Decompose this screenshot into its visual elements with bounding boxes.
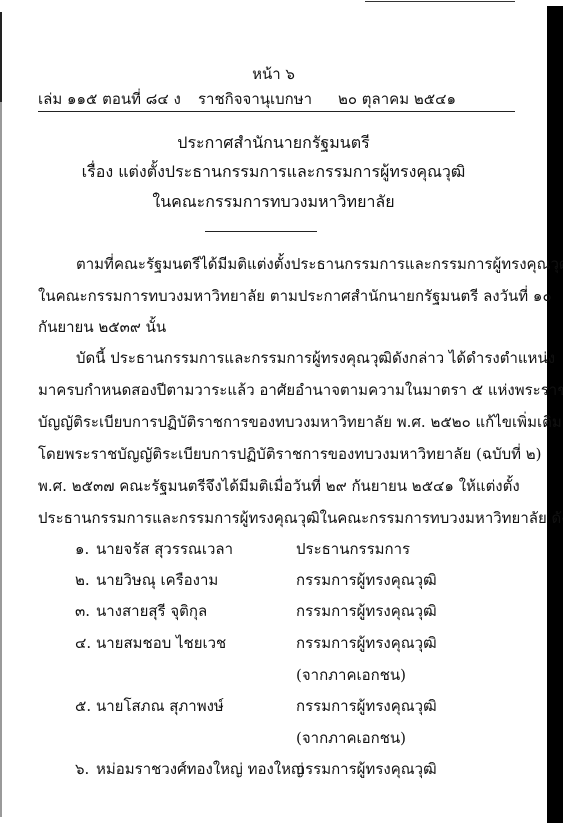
header-rule — [38, 111, 515, 112]
paragraph-line: โดยพระราชบัญญัติระเบียบการปฏิบัติราชการข… — [38, 442, 515, 466]
title-separator — [205, 231, 317, 232]
item-number: ๓. — [75, 599, 90, 623]
paragraph-line: บัดนี้ ประธานกรรมการและกรรมการผู้ทรงคุณว… — [76, 346, 553, 370]
appointee-name: นายวิษณุ เครืองาม — [96, 568, 218, 592]
appointee-name: หม่อมราชวงศ์ทองใหญ่ ทองใหญ่ — [96, 757, 304, 781]
scan-top-line — [365, 1, 515, 2]
announcement-subject-cont: ในคณะกรรมการทบวงมหาวิทยาลัย — [0, 190, 547, 215]
scan-left-edge-dark — [0, 12, 2, 102]
appointee-role: กรรมการผู้ทรงคุณวุฒิ — [296, 694, 437, 718]
appointee-role: กรรมการผู้ทรงคุณวุฒิ — [296, 631, 437, 655]
appointee-role: กรรมการผู้ทรงคุณวุฒิ — [296, 568, 437, 592]
paragraph-line: กันยายน ๒๕๓๙ นั้น — [38, 315, 515, 339]
item-number: ๖. — [75, 757, 89, 781]
appointee-name: นางสายสุรี จุติกุล — [96, 599, 207, 623]
paragraph-line: มาครบกำหนดสองปีตามวาระแล้ว อาศัยอำนาจตาม… — [38, 378, 515, 402]
item-number: ๕. — [75, 694, 91, 718]
appointee-name: นายโสภณ สุภาพงษ์ — [96, 694, 224, 718]
item-number: ๔. — [75, 631, 91, 655]
appointee-name: นายจรัส สุวรรณเวลา — [96, 537, 233, 561]
announcement-subject: เรื่อง แต่งตั้งประธานกรรมการและกรรมการผู… — [0, 160, 547, 185]
appointee-role: ประธานกรรมการ — [296, 537, 410, 561]
paragraph-line: ในคณะกรรมการทบวงมหาวิทยาลัย ตามประกาศสำน… — [38, 284, 515, 308]
appointee-name: นายสมชอบ ไชยเวช — [96, 631, 226, 655]
item-number: ๑. — [75, 537, 89, 561]
paragraph-line: พ.ศ. ๒๕๓๗ คณะรัฐมนตรีจึงได้มีมติเมื่อวัน… — [38, 474, 515, 498]
appointee-note: (จากภาคเอกชน) — [296, 663, 406, 687]
header-date: ๒๐ ตุลาคม ๒๕๔๑ — [338, 87, 456, 111]
page-number: หน้า ๖ — [0, 62, 547, 86]
appointee-note: (จากภาคเอกชน) — [296, 726, 406, 750]
paragraph-line: บัญญัติระเบียบการปฏิบัติราชการของทบวงมหา… — [38, 410, 515, 434]
paragraph-line: ตามที่คณะรัฐมนตรีได้มีมติแต่งตั้งประธานก… — [76, 252, 553, 276]
appointee-role: กรรมการผู้ทรงคุณวุฒิ — [296, 757, 437, 781]
header-publication: ราชกิจจานุเบกษา — [198, 87, 312, 111]
paragraph-line: ประธานกรรมการและกรรมการผู้ทรงคุณวุฒิในคณ… — [38, 506, 515, 530]
appointee-role: กรรมการผู้ทรงคุณวุฒิ — [296, 599, 437, 623]
item-number: ๒. — [75, 568, 90, 592]
header-volume-issue: เล่ม ๑๑๕ ตอนที่ ๘๔ ง — [38, 87, 181, 111]
announcement-title: ประกาศสำนักนายกรัฐมนตรี — [0, 131, 547, 156]
